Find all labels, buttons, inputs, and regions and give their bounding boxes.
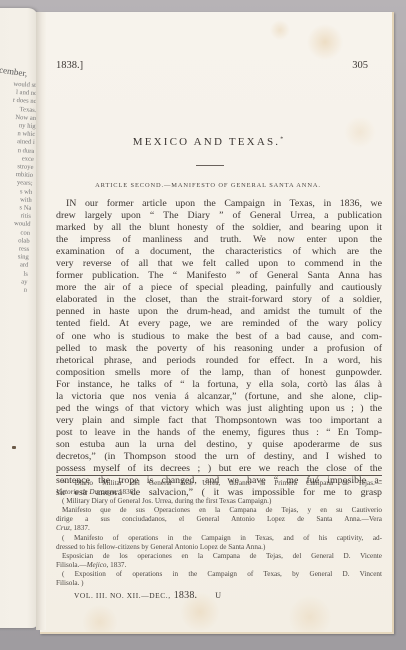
footnote-line: * Diario Militar del General Jose Urrea,…	[56, 479, 382, 488]
footnote-line: dirige a sus conciudadanos, el General A…	[56, 515, 382, 524]
article-title: MEXICO AND TEXAS.*	[40, 136, 376, 148]
footnote-divider	[56, 475, 382, 476]
footnote-line: Manifesto que de sus Operaciones en la C…	[56, 506, 382, 515]
left-page-running-head: ecember,	[0, 64, 28, 78]
title-divider	[196, 165, 224, 166]
body-line: former publication. The “ Manifesto ” of…	[56, 270, 382, 282]
article-title-text: MEXICO AND TEXAS.	[133, 136, 281, 148]
signature-line: VOL. III. NO. XII.—DEC., 1838. U	[74, 590, 222, 601]
body-text: IN our former article upon the Campaign …	[56, 198, 382, 499]
footnote-text: , 1836.	[115, 488, 135, 496]
footnote-italic-place: Cruz	[56, 524, 70, 532]
footnote-line: Victoria de Durango, 1836.	[56, 488, 382, 497]
footnote-line: ( Exposition of operations in the Campai…	[56, 570, 382, 579]
footnote-line: Esposician de los operaciones en la Camp…	[56, 552, 382, 561]
book-gutter	[36, 12, 46, 630]
body-line: the impress of manliness and truth. We n…	[56, 234, 382, 246]
running-head: 1838.] 305	[56, 60, 368, 71]
title-footnote-mark: *	[280, 136, 283, 142]
book-page: 1838.] 305 MEXICO AND TEXAS.* ARTICLE SE…	[40, 12, 394, 634]
footnote-text: , 1837.	[107, 561, 127, 569]
body-line: possess myself of its decrees ; ) but er…	[56, 463, 382, 475]
worm-hole-stain	[12, 446, 16, 449]
body-line: la victoria que nos venia á alcanzar,” (…	[56, 391, 382, 403]
volume-year: 1838.	[174, 590, 198, 601]
page-number: 305	[352, 60, 368, 71]
body-line: For instance, he talks of “ la fortuna, …	[56, 379, 382, 391]
left-facing-page: ecember, would stil and nor does noTexas…	[0, 8, 38, 628]
body-line: drew largely upon “ The Diary ” of Gener…	[56, 210, 382, 222]
body-line: decretos,” (in Thompson stood the urn of…	[56, 451, 382, 463]
body-line: ped the wings of that victory which was …	[56, 403, 382, 415]
running-head-year: 1838.]	[56, 60, 83, 71]
body-line: very reverse of all that we felt called …	[56, 258, 382, 270]
footnote-line: Filisola.—Mejico, 1837.	[56, 561, 382, 570]
body-line: composition smells more of the lamp, tha…	[56, 367, 382, 379]
footnote-line: dressed to his fellow-citizens by Genera…	[56, 543, 382, 552]
body-line: elaborated in the closet, than the strai…	[56, 294, 382, 306]
body-line: examination of a document, the character…	[56, 246, 382, 258]
article-subtitle: ARTICLE SECOND.—MANIFESTO OF GENERAL SAN…	[40, 182, 376, 189]
footnote-line: ( Military Diary of General Jos. Urrea, …	[56, 497, 382, 506]
footnote-line: Cruz, 1837.	[56, 524, 382, 533]
body-line: rhetorical phrase, and periods rounded f…	[56, 355, 382, 367]
footnote-line: ( Manifesto of operations in the Campaig…	[56, 534, 382, 543]
left-page-text-fragments: would stil and nor does noTexas.Now anny…	[0, 80, 38, 295]
body-line: post to leave in the hands of the enemy,…	[56, 427, 382, 439]
body-line: very plain and simple fact that Thompson…	[56, 415, 382, 427]
footnote-text: Filisola.—	[56, 561, 87, 569]
body-first-line: IN our former article upon the Campaign …	[56, 198, 382, 210]
footnotes: * Diario Militar del General Jose Urrea,…	[56, 479, 382, 588]
body-line: son estuba aun la urna del destino, y qu…	[56, 439, 382, 451]
footnote-italic-place: Victoria de Durango	[56, 488, 115, 496]
footnote-line: Filisola. )	[56, 579, 382, 588]
body-line: tented field. At every page, we are remi…	[56, 318, 382, 330]
body-line: of one who is studious to make the best …	[56, 331, 382, 343]
body-line: marked by all the blunt honesty of the s…	[56, 222, 382, 234]
body-line: penned in haste upon the drum-head, and …	[56, 306, 382, 318]
signature-mark: U	[215, 591, 221, 600]
volume-label: VOL. III. NO. XII.—DEC.,	[74, 591, 171, 600]
footnote-italic-place: Mejico	[87, 561, 107, 569]
body-line: pelled to mask the poverty of his reason…	[56, 343, 382, 355]
body-line: more the air of a piece of special plead…	[56, 282, 382, 294]
footnote-text: , 1837.	[70, 524, 90, 532]
